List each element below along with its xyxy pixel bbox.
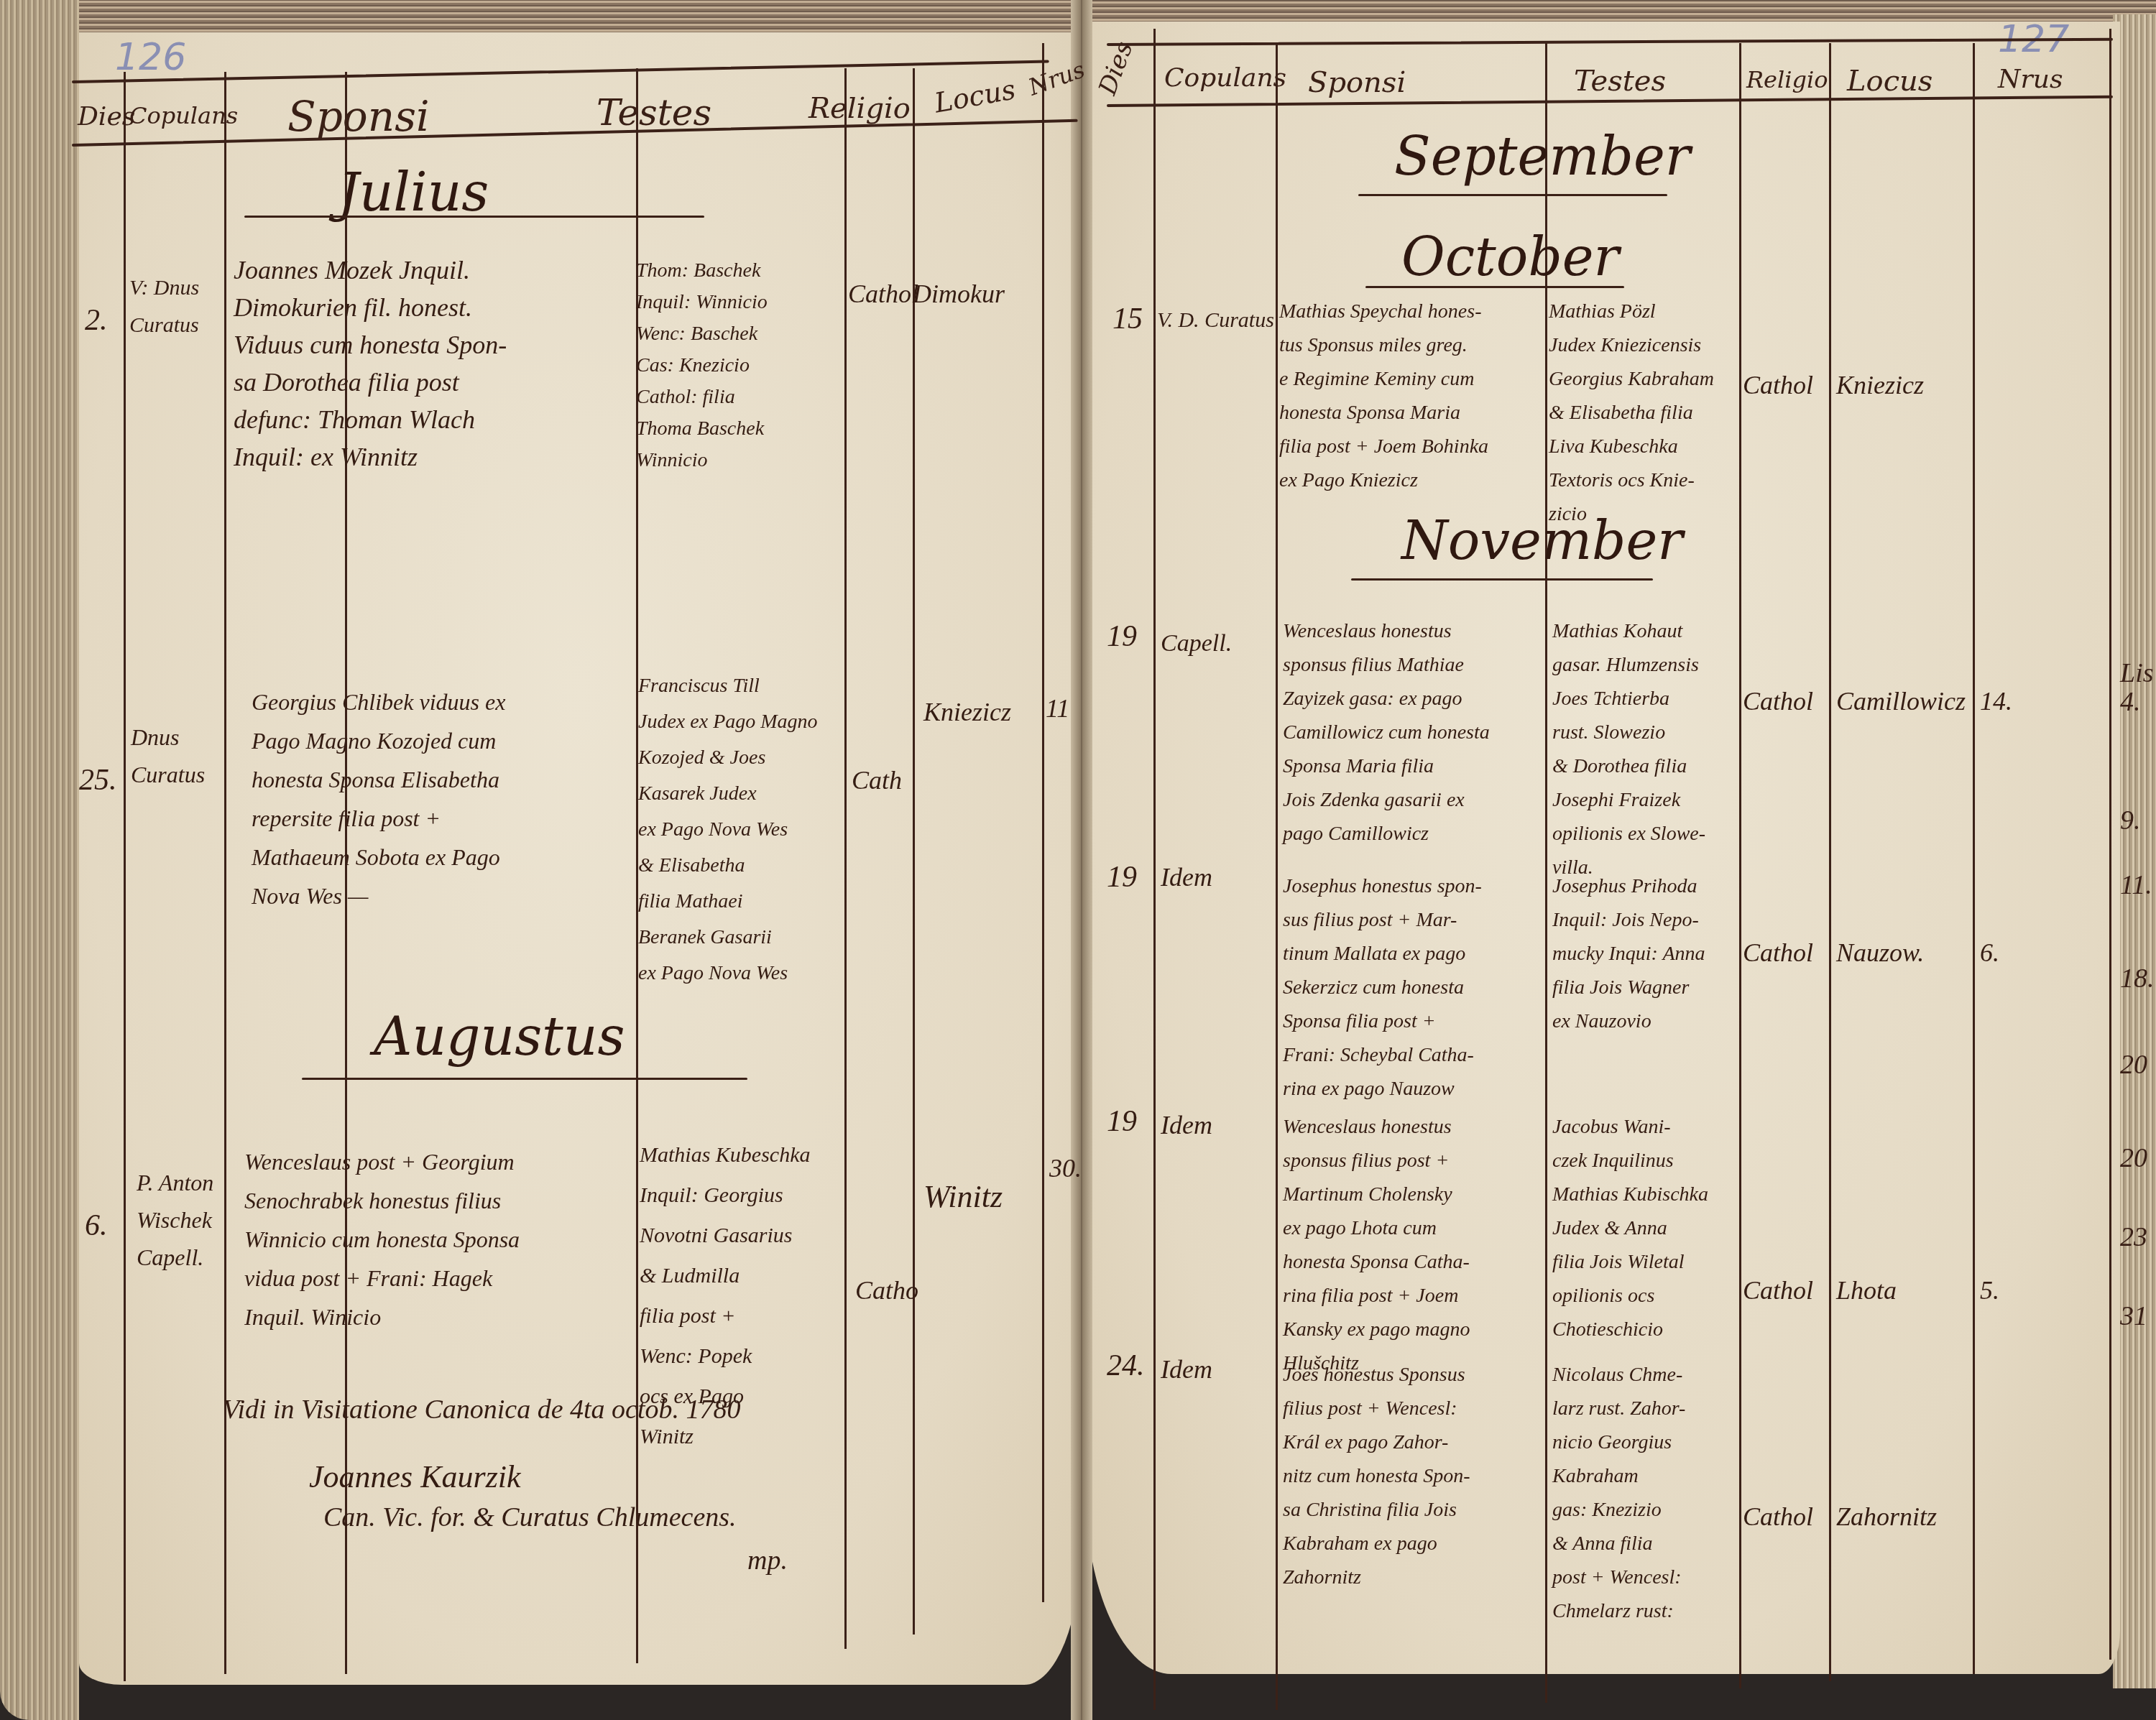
right-header-sponsi: Sponsi <box>1308 66 1406 99</box>
right-col-line-6 <box>1973 43 1975 1674</box>
right-entry-1-copulans: V. D. Curatus <box>1157 302 1279 339</box>
right-col-line-5 <box>1829 43 1831 1681</box>
right-entry-3-dies: 19 <box>1107 859 1137 896</box>
next-page-margin-7: 20 <box>2120 1142 2147 1174</box>
month-heading-november: November <box>1401 510 1683 572</box>
next-page-margin-1: Lis <box>2120 657 2153 689</box>
right-entry-5-copulans: Idem <box>1161 1351 1212 1388</box>
left-col-line-7 <box>1042 43 1044 1602</box>
right-entry-2-locus: Camillowicz <box>1836 683 1966 720</box>
entry-1-copulans: V: Dnus Curatus <box>129 269 223 344</box>
entry-3-copulans: P. Anton Wischek Capell. <box>137 1164 230 1276</box>
entry-3-numerus: 30. <box>1049 1150 1082 1187</box>
entry-3-dies: 6. <box>85 1207 108 1244</box>
right-entry-2-sponsi: Wenceslaus honestus sponsus filius Mathi… <box>1283 614 1549 851</box>
right-entry-4-testes: Jacobus Wani- czek Inquilinus Mathias Ku… <box>1552 1110 1743 1346</box>
book-gutter <box>1071 0 1092 1720</box>
right-col-line-7 <box>2109 29 2111 1660</box>
julius-underline <box>244 216 704 218</box>
visitation-signature-title: Can. Vic. for. & Curatus Chlumecens. <box>323 1502 737 1533</box>
visitation-signature-mp: mp. <box>747 1545 788 1576</box>
right-entry-5-locus: Zahornitz <box>1836 1498 1937 1535</box>
next-page-margin-2: 4. <box>2120 686 2141 718</box>
next-page-margin-5: 18. <box>2120 963 2155 994</box>
entry-2-sponsi: Georgius Chlibek viduus ex Pago Magno Ko… <box>252 683 636 915</box>
month-heading-october: October <box>1401 226 1619 288</box>
right-entry-4-numerus: 5. <box>1980 1272 1999 1309</box>
entry-2-locus: Kniezicz <box>923 693 1011 731</box>
augustus-underline <box>302 1078 747 1080</box>
left-col-line-1 <box>124 72 126 1681</box>
month-heading-september: September <box>1394 126 1690 188</box>
right-entry-4-locus: Lhota <box>1836 1272 1897 1309</box>
right-header-copulans: Copulans <box>1164 63 1286 93</box>
left-header-testes: Testes <box>596 92 711 134</box>
entry-1-religio: Cathol <box>848 275 918 313</box>
right-entry-2-religio: Cathol <box>1743 683 1813 720</box>
right-col-line-1 <box>1153 29 1156 1710</box>
left-header-dies: Dies <box>78 102 135 131</box>
right-entry-3-locus: Nauzow. <box>1836 934 1924 971</box>
entry-1-locus: Dimokur <box>913 275 1005 313</box>
right-entry-4-dies: 19 <box>1107 1103 1137 1140</box>
right-entry-2-copulans: Capell. <box>1161 625 1232 662</box>
october-underline <box>1365 286 1624 288</box>
right-col-line-2 <box>1276 43 1278 1710</box>
right-entry-3-copulans: Idem <box>1161 859 1212 896</box>
next-page-margin-6: 20 <box>2120 1049 2147 1081</box>
page-stack-left <box>0 0 79 1720</box>
next-page-margin-4: 11. <box>2120 869 2152 901</box>
entry-3-locus: Winitz <box>923 1178 1003 1216</box>
right-entry-5-testes: Nicolaus Chme- larz rust. Zahor- nicio G… <box>1552 1358 1743 1628</box>
left-col-line-2 <box>224 72 226 1674</box>
september-underline <box>1358 194 1667 196</box>
month-heading-julius: Julius <box>338 162 489 223</box>
entry-2-testes: Franciscus Till Judex ex Pago Magno Kozo… <box>638 668 847 991</box>
left-header-religio: Religio <box>808 92 911 125</box>
right-entry-1-sponsi: Mathias Speychal hones- tus Sponsus mile… <box>1279 295 1545 497</box>
entry-1-sponsi: Joannes Mozek Jnquil. Dimokurien fil. ho… <box>234 251 643 476</box>
entry-2-religio: Cath <box>852 762 902 799</box>
entry-1-testes: Thom: Baschek Inquil: Winnicio Wenc: Bas… <box>636 255 844 476</box>
entry-3-sponsi: Wenceslaus post + Georgium Senochrabek h… <box>244 1142 636 1336</box>
right-entry-1-locus: Kniezicz <box>1836 366 1924 404</box>
right-header-religio: Religio <box>1746 66 1828 93</box>
next-page-margin-3: 9. <box>2120 805 2141 836</box>
right-entry-4-copulans: Idem <box>1161 1106 1212 1144</box>
right-entry-4-sponsi: Wenceslaus honestus sponsus filius post … <box>1283 1110 1549 1380</box>
entry-2-copulans: Dnus Curatus <box>131 718 224 793</box>
right-entry-4-religio: Cathol <box>1743 1272 1813 1309</box>
entry-3-religio: Catho <box>855 1272 918 1309</box>
right-header-testes: Testes <box>1574 65 1666 98</box>
right-entry-2-testes: Mathias Kohaut gasar. Hlumzensis Joes Tc… <box>1552 614 1743 884</box>
open-register-book: 126 Dies Copulans Sponsi Testes Religio … <box>0 0 2156 1720</box>
november-underline <box>1351 578 1653 581</box>
right-entry-3-numerus: 6. <box>1980 934 1999 971</box>
right-entry-3-sponsi: Josephus honestus spon- sus filius post … <box>1283 869 1549 1106</box>
right-entry-5-religio: Cathol <box>1743 1498 1813 1535</box>
right-entry-1-testes: Mathias Pözl Judex Kniezicensis Georgius… <box>1549 295 1743 531</box>
right-entry-3-religio: Cathol <box>1743 934 1813 971</box>
left-header-copulans: Copulans <box>129 102 238 129</box>
entry-1-dies: 2. <box>85 302 108 339</box>
right-header-numerus: Nrus <box>1998 65 2063 94</box>
right-header-locus: Locus <box>1847 65 1932 98</box>
left-header-sponsi: Sponsi <box>287 92 429 141</box>
next-page-margin-8: 23 <box>2120 1221 2147 1253</box>
right-entry-5-sponsi: Joes honestus Sponsus filius post + Wenc… <box>1283 1358 1549 1594</box>
visitation-note-line-1: Vidi in Visitatione Canonica de 4ta octo… <box>223 1394 741 1425</box>
month-heading-augustus: Augustus <box>374 1006 625 1068</box>
visitation-signature-name: Joannes Kaurzik <box>309 1458 521 1495</box>
right-entry-5-dies: 24. <box>1107 1347 1145 1384</box>
entry-2-dies: 25. <box>79 762 117 799</box>
next-page-margin-9: 31 <box>2120 1300 2147 1332</box>
right-entry-2-numerus: 14. <box>1980 683 2012 720</box>
right-entry-1-dies: 15 <box>1112 300 1143 338</box>
entry-2-numerus: 11 <box>1046 690 1069 727</box>
right-entry-1-religio: Cathol <box>1743 366 1813 404</box>
right-entry-2-dies: 19 <box>1107 618 1137 655</box>
right-entry-3-testes: Josephus Prihoda Inquil: Jois Nepo- muck… <box>1552 869 1743 1038</box>
